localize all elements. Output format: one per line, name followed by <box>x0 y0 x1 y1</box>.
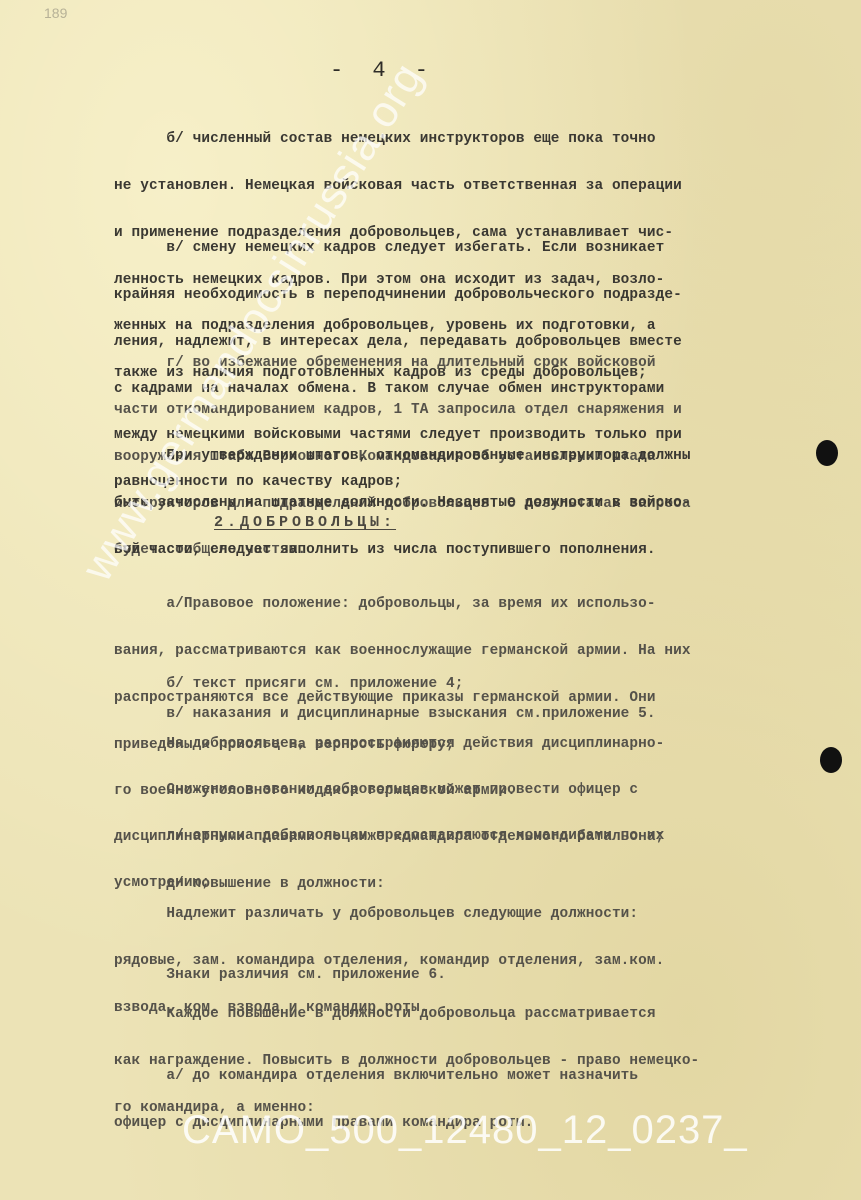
text-line: не установлен. Немецкая войсковая часть … <box>114 179 826 195</box>
corner-mark: 189 <box>44 5 67 21</box>
section-heading-volunteers: 2.ДОБРОВОЛЬЦЫ: <box>214 514 396 531</box>
punch-hole <box>820 747 842 773</box>
archive-id-label: CAMO_500_12480_12_0237_ <box>182 1108 748 1153</box>
text-line: Надлежит различать у добровольцев следую… <box>114 907 826 923</box>
text-line: а/Правовое положение: добровольцы, за вр… <box>114 597 826 613</box>
text-line: в/ смену немецких кадров следует избегат… <box>114 241 826 257</box>
text-line: а/ до командира отделения включительно м… <box>114 1069 826 1085</box>
text-line: крайняя необходимость в переподчинении д… <box>114 288 826 304</box>
text-line: При утверждении штатов, откомандированны… <box>114 449 826 465</box>
text-line: вой части, следует заполнить из числа по… <box>114 543 826 559</box>
document-page: 189 - 4 - б/ численный состав немецких и… <box>0 0 861 1200</box>
text-line: быть зачислены на штатные должности. Нез… <box>114 496 826 512</box>
paragraph-staff-approval: При утверждении штатов, откомандированны… <box>114 418 826 590</box>
text-line: Снижение в звании добровольцев может про… <box>114 783 826 799</box>
punch-hole <box>816 440 838 466</box>
text-line: б/ численный состав немецких инструкторо… <box>114 132 826 148</box>
text-line: Каждое повышение в должности добровольца… <box>114 1007 826 1023</box>
text-line: На добровольцев, распространяются действ… <box>114 737 826 753</box>
text-line: г/ отпуска добровольцам предоставляются … <box>114 829 826 845</box>
